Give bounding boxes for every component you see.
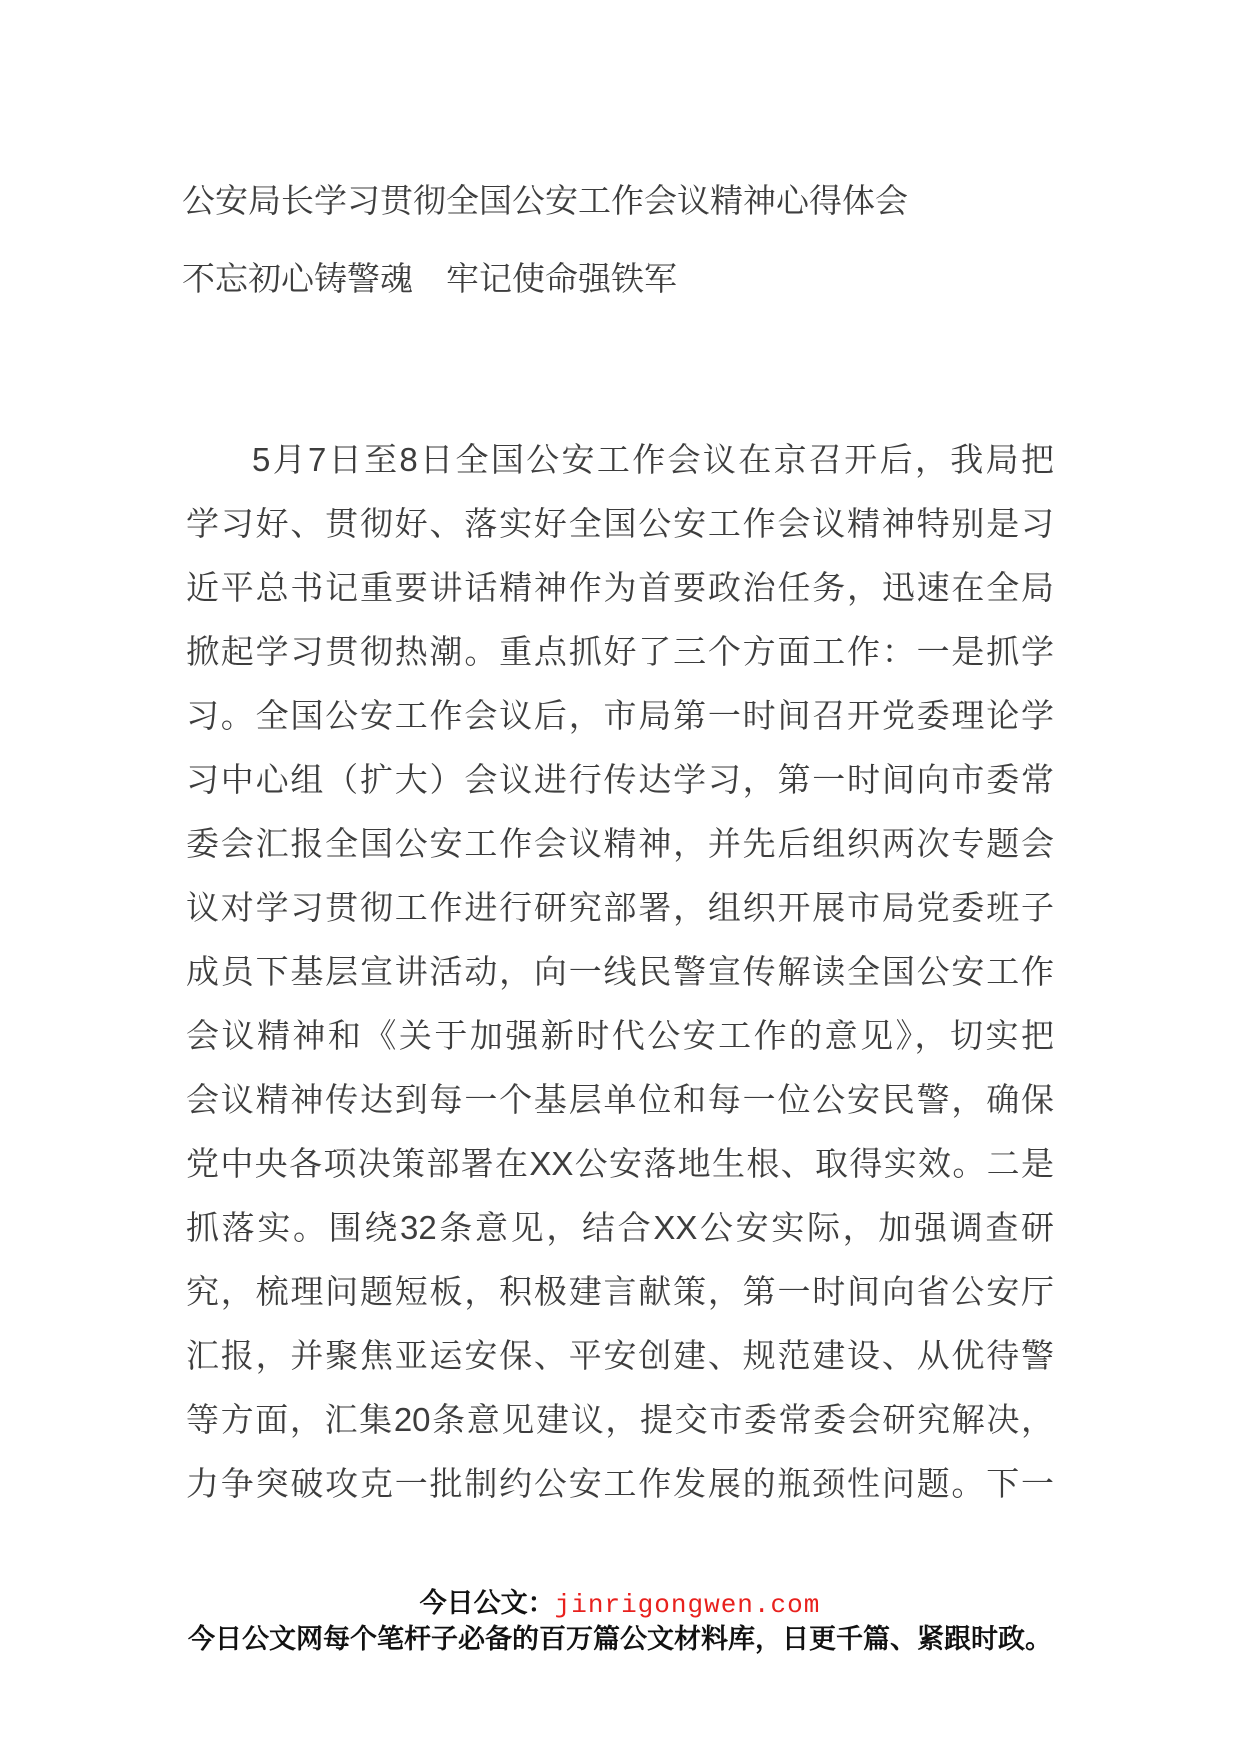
footer-site-label: 今日公文： [420,1588,555,1618]
document-subtitle: 不忘初心铸警魂 牢记使命强铁军 [182,259,1062,299]
body-line: 学习好、贯彻好、落实好全国公安工作会议精神特别是习 [186,492,1054,556]
body-line: 等方面，汇集20条意见建议，提交市委常委会研究解决， [186,1388,1054,1452]
body-line: 汇报，并聚焦亚运安保、平安创建、规范建设、从优待警 [186,1324,1054,1388]
body-line: 党中央各项决策部署在XX公安落地生根、取得实效。二是 [186,1132,1054,1196]
body-line: 抓落实。围绕32条意见，结合XX公安实际，加强调查研 [186,1196,1054,1260]
document-title: 公安局长学习贯彻全国公安工作会议精神心得体会 [182,181,1062,221]
footer-site-url[interactable]: jinrigongwen.com [555,1590,821,1620]
body-line: 近平总书记重要讲话精神作为首要政治任务，迅速在全局 [186,556,1054,620]
document-page: 公安局长学习贯彻全国公安工作会议精神心得体会 不忘初心铸警魂 牢记使命强铁军 5… [0,0,1240,1754]
body-line: 习中心组（扩大）会议进行传达学习，第一时间向市委常 [186,748,1054,812]
footer-tagline: 今日公文网每个笔杆子必备的百万篇公文材料库，日更千篇、紧跟时政。 [0,1622,1240,1656]
document-body: 5月7日至8日全国公安工作会议在京召开后，我局把学习好、贯彻好、落实好全国公安工… [186,428,1054,1516]
body-line: 5月7日至8日全国公安工作会议在京召开后，我局把 [186,428,1054,492]
body-line: 掀起学习贯彻热潮。重点抓好了三个方面工作：一是抓学 [186,620,1054,684]
body-line: 议对学习贯彻工作进行研究部署，组织开展市局党委班子 [186,876,1054,940]
footer-site-line: 今日公文：jinrigongwen.com [0,1586,1240,1622]
body-line: 究，梳理问题短板，积极建言献策，第一时间向省公安厅 [186,1260,1054,1324]
body-line: 力争突破攻克一批制约公安工作发展的瓶颈性问题。下一 [186,1452,1054,1516]
body-line: 会议精神传达到每一个基层单位和每一位公安民警，确保 [186,1068,1054,1132]
body-line: 委会汇报全国公安工作会议精神，并先后组织两次专题会 [186,812,1054,876]
body-line: 习。全国公安工作会议后，市局第一时间召开党委理论学 [186,684,1054,748]
page-footer: 今日公文：jinrigongwen.com 今日公文网每个笔杆子必备的百万篇公文… [0,1586,1240,1656]
body-line: 会议精神和《关于加强新时代公安工作的意见》，切实把 [186,1004,1054,1068]
body-line: 成员下基层宣讲活动，向一线民警宣传解读全国公安工作 [186,940,1054,1004]
